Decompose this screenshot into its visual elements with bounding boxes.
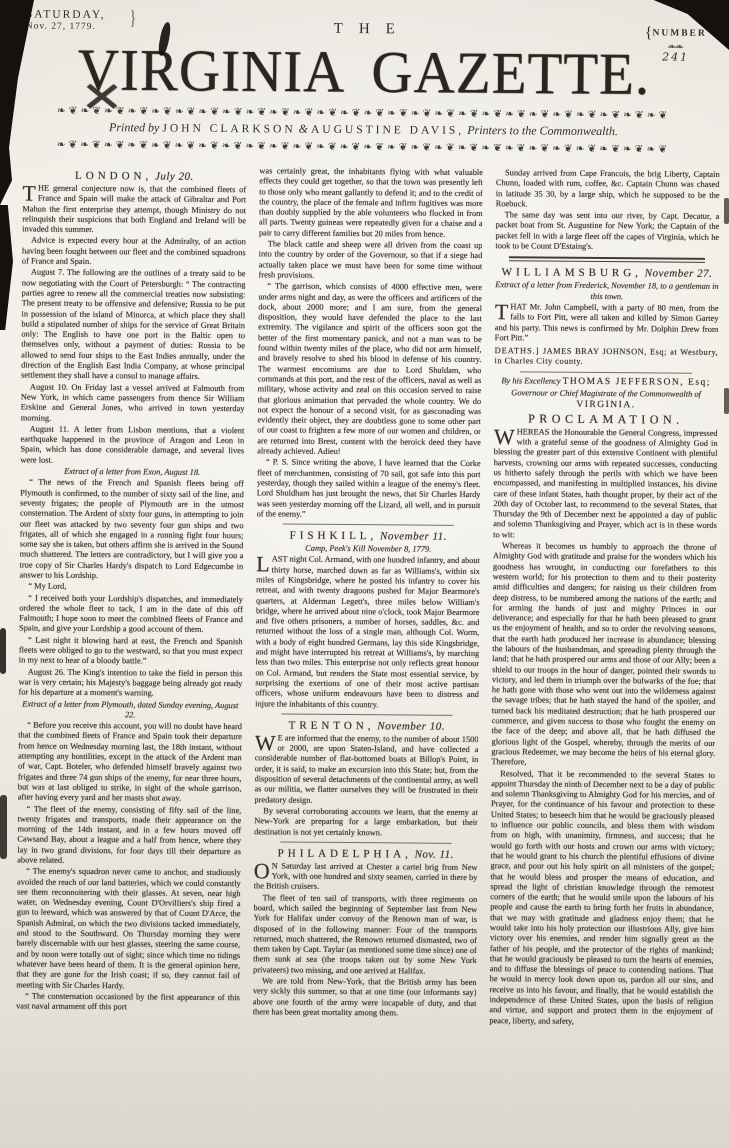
paragraph: LAST night Col. Armand, with one hundred… [255,555,480,711]
section-place: FISHKILL, [290,530,378,543]
ornament-row: ❧❦❧❦❧❦❧❦❧❦❧❦❧❦❧❦❧❦❧❦❧❦❧❦❧❦❧❦❧❦❧❦❧❦❧❦❧❦❧❦… [0,138,728,157]
paragraph: The fleet of ten sail of transports, wit… [253,893,477,977]
deaths-notice: DEATHS.] JAMES BRAY JOHNSON, Esq; at Wes… [494,346,718,368]
section-heading-fishkill: FISHKILL, November 11. [256,529,480,543]
printer-name-davis: AUGUSTINE DAVIS, [311,124,464,137]
section-date: July 20. [155,171,194,183]
paragraph: THE general conjecture now is, that the … [22,183,246,236]
section-place: TRENTON, [289,719,375,732]
newspaper-page: SATURDAY, Nov. 27, 1779. } THE {NUMBER ❧… [0,0,729,1148]
paragraph: “ The garrison, which consists of 4000 e… [257,282,482,459]
masthead: SATURDAY, Nov. 27, 1779. } THE {NUMBER ❧… [0,0,729,168]
paragraph-text: HE general conjecture now is, that the c… [22,184,246,235]
paragraph: August 26. The King's intention to take … [19,667,243,700]
paragraph: Advice is expected every hour at the Adm… [22,236,246,269]
drop-cap: W [255,733,278,752]
paragraph: Resolved, That it be recommended to the … [489,769,715,1028]
drop-cap: L [256,555,272,574]
paragraph: “ My Lord, [19,582,243,594]
paragraph: WE are informed that the enemy, to the n… [254,733,478,807]
governor-role: Governour or Chief Magistrate of the Com… [511,388,701,398]
section-heading-trenton: TRENTON, November 10. [255,719,479,733]
paragraph-text: HEREAS the Honourable the General Congre… [493,427,718,539]
paragraph: By several corroborating accounts we lea… [254,806,478,839]
scan-artifact-right-edge [724,388,729,414]
plate-scratch-mark: ✕ [80,66,125,131]
paragraph-text: E are informed that the enemy, to the nu… [254,733,478,804]
drop-cap: T [22,183,38,202]
paragraph: “ The enemy's squadron never came to anc… [16,867,241,992]
paragraph: “ I received both your Lordship's dispat… [19,593,243,636]
paragraph: THAT Mr. John Campbell, with a party of … [495,302,719,345]
newspaper-title: VIRGINIA GAZETTE. ✕ [0,0,729,108]
column-2: was certainly great, the inhabitants fly… [252,166,483,1148]
paragraph: “ Last night it blowing hard at east, th… [19,635,243,668]
paragraph: “ The consternation occasioned by the fi… [16,991,240,1013]
printers-flowers: ❧❦❧❦❧❦❧❦❧❦❧❦❧❦❧❦❧❦❧❦❧❦❧❦❧❦❧❦❧❦❧❦❧❦❧❦❧❦❧❦… [57,139,671,157]
governor-name: THOMAS JEFFERSON, Esq; [563,376,711,387]
byline-prefix: By his Excellency [501,376,562,385]
paragraph-text: HAT Mr. John Campbell, with a party of 8… [495,302,719,342]
section-date: Nov. 11. [415,848,454,860]
imprint-suffix: Printers to the Commonwealth. [467,123,618,138]
paragraph: “ P. S. Since writing the above, I have … [257,458,481,522]
section-date: November 27. [645,268,713,281]
drop-cap: T [495,302,511,321]
paragraph: ON Saturday last arrived at Chester a ca… [254,861,478,894]
paragraph-text: AST night Col. Armand, with one hundred … [255,555,480,709]
paragraph: “ The fleet of the enemy, consisting of … [17,804,241,868]
extract-caption: Extract of a letter from Frederick, Nove… [495,281,719,303]
deaths-label: DEATHS.] [495,346,540,355]
commonwealth-name: VIRGINIA. [576,400,635,410]
section-rule [280,841,452,843]
column-3: Sunday arrived from Cape Francois, the b… [488,168,719,1148]
section-rule [520,371,692,373]
proclamation-heading: PROCLAMATION. [494,412,718,427]
drop-cap: W [494,427,517,446]
proclamation-byline: By his Excellency THOMAS JEFFERSON, Esq;… [494,375,718,412]
section-place: LONDON, [75,170,152,183]
paragraph: was certainly great, the inhabitants fly… [259,166,483,240]
paragraph: The same day was sent into our river, by… [495,210,719,253]
section-place: PHILADELPHIA, [278,847,412,860]
paragraph: “ The news of the French and Spanish fle… [19,478,243,583]
section-heading-london: LONDON, July 20. [23,169,247,183]
section-rule-double [509,257,705,264]
paragraph: We are told from New-York, that the Brit… [253,976,477,1019]
paragraph: Whereas it becomes us humbly to approach… [491,541,716,769]
extract-caption: Extract of a letter from Exon, August 18… [20,466,244,478]
section-rule [283,524,455,526]
scan-artifact-left-edge [0,628,6,674]
paragraph: “ Before you receive this account, you w… [18,721,242,805]
drop-cap: O [254,861,272,880]
scan-artifact-right-edge [724,198,729,224]
section-heading-williamsburg: WILLIAMSBURG, November 27. [495,267,719,281]
ampersand: & [299,122,308,136]
printer-name-clarkson: JOHN CLARKSON [162,123,295,136]
paragraph: August 10. On Friday last a vessel arriv… [21,382,245,425]
paragraph: August 7. The following are the outlines… [21,268,246,383]
extract-caption: Extract of a letter from Plymouth, dated… [18,699,242,721]
sheet: SATURDAY, Nov. 27, 1779. } THE {NUMBER ❧… [0,0,729,1148]
section-rule [281,713,453,715]
section-heading-philadelphia: PHILADELPHIA, Nov. 11. [254,847,478,861]
paragraph-text: N Saturday last arrived at Chester a car… [254,861,478,891]
section-date: November 10. [377,720,445,733]
paragraph: Sunday arrived from Cape Francois, the b… [496,168,720,211]
section-place: WILLIAMSBURG, [502,267,642,280]
article-columns: LONDON, July 20. THE general conjecture … [15,164,720,1148]
scan-artifact-left-edge [0,795,7,859]
section-date: November 11. [380,530,447,543]
column-1: LONDON, July 20. THE general conjecture … [15,164,246,1148]
paragraph: The black cattle and sheep were all driv… [258,239,482,282]
paragraph: August 11. A letter from Lisbon mentions… [20,424,244,467]
paragraph: WHEREAS the Honourable the General Congr… [493,427,718,542]
